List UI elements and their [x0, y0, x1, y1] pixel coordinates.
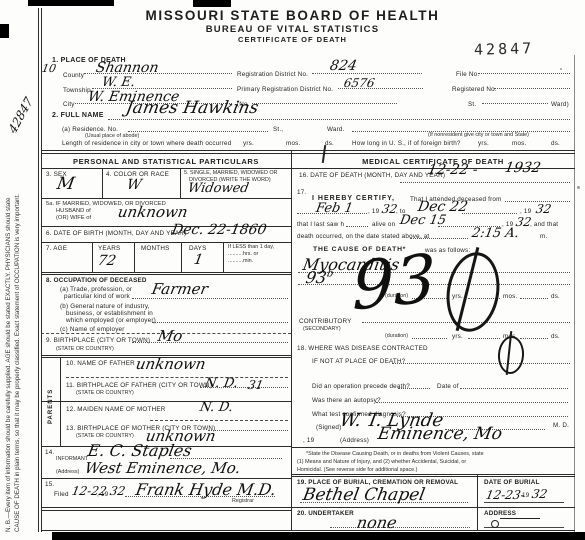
- scan-artifact-bar: [193, 0, 231, 7]
- personal-section-header: PERSONAL AND STATISTICAL PARTICULARS: [41, 157, 291, 166]
- cell-divider: [102, 168, 103, 198]
- dotted-leader: [482, 103, 548, 104]
- primary-registration-label: Primary Registration District No.: [237, 86, 333, 93]
- section-divider: [41, 150, 575, 151]
- usual-abode-note: (Usual place of abode): [85, 133, 139, 139]
- dotted-leader: [108, 119, 570, 120]
- age-note-1: If LESS than 1 day,: [228, 244, 274, 250]
- cell-divider: [180, 168, 181, 198]
- dotted-leader: [152, 322, 288, 323]
- autopsy-label: Was there an autopsy?: [312, 397, 381, 404]
- signature-19-label: , 19: [303, 437, 314, 444]
- ds-label: ds.: [551, 140, 560, 147]
- rule: [291, 474, 575, 475]
- lastsaw-value: Dec 15: [399, 213, 448, 228]
- father-birthplace-label: 11. BIRTHPLACE OF FATHER (CITY OR TOWN): [66, 382, 212, 389]
- rule: [41, 510, 291, 511]
- spouse-label-2: HUSBAND of: [56, 208, 91, 214]
- printed-19: , 19: [368, 208, 379, 215]
- dotted-leader: [412, 338, 447, 339]
- dotted-leader: [410, 238, 468, 239]
- dotted-leader: [132, 298, 288, 299]
- full-name-value: James Hawkins: [124, 98, 260, 118]
- nonresident-note: (If nonresident give city or town and St…: [428, 132, 529, 138]
- age-days-value: 1: [193, 252, 205, 268]
- dotted-leader: [520, 338, 548, 339]
- undertaker-address-label: ADDRESS: [484, 510, 516, 517]
- signature-address-value: Eminence, Mo: [376, 424, 503, 444]
- file-no-label: File No.: [456, 71, 479, 78]
- dotted-leader: [330, 527, 470, 528]
- date-of-death-label: 16. DATE OF DEATH (MONTH, DAY AND YEAR): [299, 172, 445, 179]
- small-circle-mark: [491, 520, 499, 528]
- ward-label: Ward): [551, 101, 569, 108]
- registrar-signature: Frank Hyde M.D.: [134, 480, 277, 499]
- yrs-label: yrs.: [243, 140, 254, 147]
- occupation-b-label-3: which employed (or employer): [66, 317, 156, 324]
- marital-label-1: 5. SINGLE, MARRIED, WIDOWED OR: [184, 170, 277, 176]
- operation-date-label: Date of: [437, 383, 459, 390]
- rule: [41, 274, 291, 275]
- ds-label: ds.: [325, 140, 334, 147]
- mother-birthplace-sub: (STATE OR COUNTRY): [76, 433, 134, 439]
- informant-address-label: (Address): [56, 469, 79, 475]
- dotted-leader: [346, 226, 368, 227]
- race-value: W: [126, 177, 143, 193]
- date-of-death-year: 1932: [504, 160, 542, 176]
- rule: [41, 242, 291, 243]
- marital-value: Widowed: [187, 181, 250, 196]
- township-value: W. E.: [101, 75, 137, 90]
- dotted-leader: [252, 103, 397, 104]
- father-birthplace-value: N. D.: [204, 376, 240, 391]
- place-code-handwriting: 10: [41, 62, 57, 75]
- ds-label: ds.: [551, 293, 560, 300]
- form-border-bottom: [41, 530, 575, 531]
- form-border-left-outer: [38, 8, 39, 532]
- margin-note-line1: N. B.—Every item of information should b…: [4, 12, 13, 532]
- board-title: MISSOURI STATE BOARD OF HEALTH: [0, 8, 585, 23]
- dotted-leader: [462, 213, 517, 214]
- cause-code-small-sup: b: [326, 269, 334, 280]
- footnote-line-2: (1) Means and Nature of Injury, and (2) …: [297, 459, 466, 465]
- father-name-label: 10. NAME OF FATHER: [66, 360, 135, 367]
- residence-ward-label: Ward.: [327, 126, 345, 133]
- attended-to-year: 32: [535, 202, 553, 216]
- occupation-a-label-1: (a) Trade, profession, or: [60, 286, 132, 293]
- lastsaw-label-2: alive on: [372, 221, 395, 228]
- margin-note: N. B.—Every item of information should b…: [4, 12, 22, 532]
- dotted-leader: [478, 73, 570, 74]
- margin-note-line2: CAUSE OF DEATH in plain terms, so that i…: [13, 12, 22, 532]
- parents-label: PARENTS: [48, 389, 54, 424]
- scan-artifact-bar: [28, 0, 114, 6]
- age-years-value: 72: [97, 253, 118, 269]
- rule: [41, 198, 291, 199]
- section-divider: [41, 153, 575, 154]
- scan-artifact-blob: [0, 24, 9, 38]
- form-border-left-inner: [41, 8, 42, 532]
- length-residence-label: Length of residence in city or town wher…: [62, 140, 231, 147]
- cell-divider: [477, 474, 478, 531]
- informant-value: E. C. Staples: [86, 441, 193, 460]
- occupation-label: 8. OCCUPATION OF DECEASED: [46, 277, 147, 284]
- mother-name-label: 12. MAIDEN NAME OF MOTHER: [66, 406, 165, 413]
- cause-code-small-number: 93: [304, 268, 328, 287]
- mos-label: mos.: [286, 140, 300, 147]
- filed-year-value: 32: [109, 484, 127, 498]
- death-time-value: 2:15 A.: [471, 226, 521, 241]
- duration-label: (duration): [385, 333, 408, 339]
- howlong-us-label: How long in U. S., if of foreign birth?: [352, 140, 461, 147]
- cause-code-small: 93b: [304, 268, 334, 287]
- attended-from-value: Feb 1: [315, 201, 354, 216]
- city-label: City: [63, 101, 75, 108]
- certify-number: 17.: [297, 189, 306, 196]
- father-birthplace-sub: (STATE OR COUNTRY): [76, 390, 134, 396]
- parents-divider: [60, 357, 61, 447]
- dotted-leader: [132, 342, 288, 343]
- contributory-sub-label: (SECONDARY): [303, 326, 341, 332]
- spouse-value: unknown: [116, 203, 189, 221]
- birthplace-sub-label: (STATE OR COUNTRY): [56, 346, 114, 352]
- burial-place-value: Bethel Chapel: [301, 485, 426, 505]
- age-note-2: ..........hrs. or: [228, 251, 258, 257]
- bureau-subtitle: BUREAU OF VITAL STATISTICS: [0, 24, 585, 35]
- father-name-value: unknown: [134, 355, 207, 373]
- printed-19: , 19: [520, 208, 531, 215]
- dob-value: Dec. 22-1860: [171, 222, 268, 238]
- dotted-leader: [352, 131, 570, 132]
- dotted-leader: [400, 182, 570, 183]
- form-border-right: [574, 55, 575, 532]
- operation-label: Did an operation precede death?: [312, 383, 410, 390]
- mos-label: mos.: [512, 140, 526, 147]
- rule: [484, 502, 564, 503]
- rule: [41, 272, 291, 273]
- where-contracted-label: 18. WHERE WAS DISEASE CONTRACTED: [297, 345, 428, 352]
- md-label: M. D.: [553, 422, 569, 429]
- occupation-b-label-2: business, or establishment in: [66, 310, 153, 317]
- date-of-death-value: 12-22 -: [427, 162, 479, 178]
- attended-from-year: 32: [381, 202, 399, 216]
- registration-district-value: 824: [329, 58, 359, 74]
- age-label: 7. AGE: [46, 245, 67, 252]
- rule: [291, 447, 575, 448]
- yrs-label: yrs.: [478, 140, 489, 147]
- ds-label: ds.: [551, 333, 560, 340]
- filed-date-value: 12-22: [71, 484, 108, 498]
- occupation-a-label-2: particular kind of work: [64, 293, 130, 300]
- occupation-value: Farmer: [150, 280, 209, 298]
- informant-label: INFORMANT: [56, 456, 88, 462]
- burial-date-value: 12-23-: [485, 488, 526, 502]
- rule: [41, 478, 291, 479]
- registration-district-label: Registration District No.: [237, 71, 308, 78]
- dotted-leader: [494, 88, 570, 89]
- registered-no-label: Registered No.: [452, 86, 497, 93]
- primary-registration-value: 6576: [343, 76, 376, 90]
- rule: [150, 420, 288, 421]
- cause-code-big-overlay: 93: [352, 239, 436, 325]
- death-m-label: m.: [540, 233, 547, 240]
- cell-divider: [92, 242, 93, 272]
- dotted-leader: [392, 363, 570, 364]
- rule: [500, 518, 540, 519]
- residence-label: (a) Residence. No.: [62, 126, 118, 133]
- dotted-leader: [208, 430, 288, 431]
- filed-label: Filed: [54, 491, 69, 498]
- father-birthplace-note: 31: [247, 378, 265, 392]
- mos-label: mos.: [503, 293, 517, 300]
- residence-st-label: St.,: [273, 126, 283, 133]
- cell-divider: [181, 242, 182, 272]
- age-years-label: YEARS: [98, 245, 120, 252]
- sex-value: M: [55, 174, 76, 194]
- informant-number: 14.: [45, 449, 54, 456]
- dotted-leader: [460, 388, 568, 389]
- undertaker-value: none: [355, 513, 398, 532]
- footnote-line-3: Homicidal. (See reverse side for additio…: [297, 467, 417, 473]
- dotted-leader: [468, 338, 500, 339]
- occupation-c-label: (c) Name of employer: [60, 326, 125, 333]
- dotted-leader: [128, 131, 268, 132]
- scan-speck: [577, 186, 580, 189]
- county-label: County: [63, 72, 84, 79]
- lastsaw-label-3: , and that: [530, 221, 558, 228]
- certificate-number-stamp: 42847: [474, 39, 535, 59]
- age-note-3: ..........min.: [228, 258, 253, 264]
- dob-label: 6. DATE OF BIRTH (MONTH, DAY AND YEAR): [46, 230, 186, 237]
- lastsaw-label-1: that I last saw h: [297, 221, 344, 228]
- scan-artifact-bar: [52, 532, 585, 540]
- occupation-b-label-1: (b) General nature of industry,: [60, 303, 150, 310]
- county-value: Shannon: [95, 60, 160, 76]
- spouse-label-3: (OR) WIFE of: [56, 215, 91, 221]
- cell-divider: [223, 242, 224, 272]
- informant-address-value: West Eminence, Mo.: [83, 459, 242, 477]
- footnote-line-1: *State the Disease Causing Death, or in …: [306, 451, 484, 457]
- filed-number: 15.: [45, 481, 54, 488]
- yrs-label: yrs.: [452, 333, 463, 340]
- scan-speck: [560, 68, 562, 70]
- rule: [41, 507, 291, 508]
- rule: [41, 168, 575, 169]
- age-months-label: MONTHS: [141, 245, 170, 252]
- burial-date-year: 32: [531, 487, 549, 501]
- age-days-label: DAYS: [189, 245, 206, 252]
- burial-date-label: DATE OF BURIAL: [484, 479, 540, 486]
- death-certificate-scan: N. B.—Every item of information should b…: [0, 0, 585, 540]
- township-label: Township: [63, 87, 91, 94]
- contributory-label: CONTRIBUTORY: [299, 318, 352, 325]
- rule: [291, 476, 575, 477]
- dotted-leader: [398, 388, 430, 389]
- full-name-label: 2. FULL NAME: [52, 112, 104, 119]
- signature-address-label: (Address): [340, 437, 369, 444]
- street-label: St.: [468, 101, 476, 108]
- dotted-leader: [520, 298, 548, 299]
- mother-name-value: N. D.: [199, 400, 235, 415]
- cell-divider: [134, 242, 135, 272]
- rule: [291, 507, 575, 508]
- birthplace-value: Mo: [156, 327, 184, 345]
- dotted-leader: [376, 402, 568, 403]
- rule: [41, 401, 291, 402]
- undertaker-label: 20. UNDERTAKER: [297, 510, 354, 517]
